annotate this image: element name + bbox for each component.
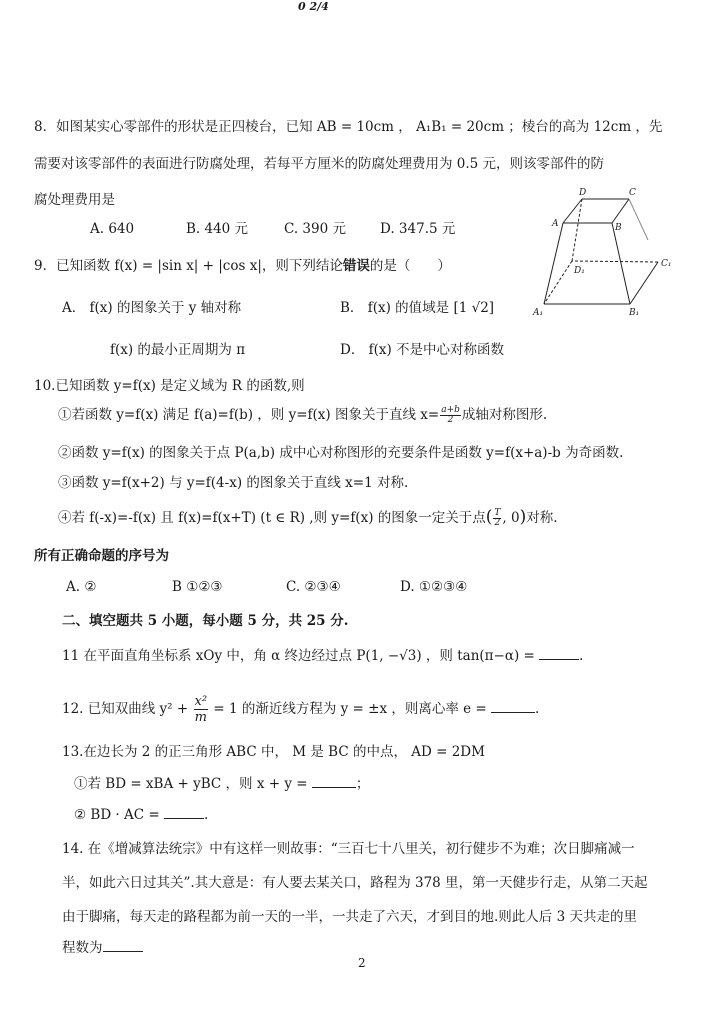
q11-end: .: [579, 648, 583, 664]
q9-option-c: f(x) 的最小正周期为 π: [110, 341, 245, 359]
q10-item-4: ④若 f(-x)=-f(x) 且 f(x)=f(x+T) (t ∈ R) ,则 …: [58, 508, 558, 528]
q14-line-3: 由于脚痛，每天走的路程都为前一天的一半，一共走了六天，才到目的地.则此人后 3 …: [62, 908, 637, 926]
fraction-numerator: x²: [194, 694, 209, 710]
q9-stem-emphasis: 错误: [343, 258, 370, 274]
q10-ask: 所有正确命题的序号为: [34, 547, 169, 565]
label-b: B: [614, 223, 622, 233]
label-b1: B₁: [628, 308, 639, 318]
fraction-denominator: 2: [448, 416, 454, 425]
label-d1: D₁: [573, 266, 585, 276]
q10-item-4-prefix: ④若 f(-x)=-f(x) 且 f(x)=f(x+T) (t ∈ R) ,则 …: [58, 510, 486, 526]
label-a1: A₁: [532, 308, 543, 318]
fraction-denominator: 2: [495, 519, 501, 528]
q12-answer-blank[interactable]: [491, 700, 535, 713]
section-2-title: 二、填空题共 5 小题，每小题 5 分，共 25 分.: [62, 612, 348, 630]
q13-part-2-blank[interactable]: [164, 806, 204, 819]
q8-line-1: 8．如图某实心零部件的形状是正四棱台，已知 AB = 10cm ， A₁B₁ =…: [34, 118, 662, 136]
top-handwritten-mark: 0 2/4: [298, 0, 329, 13]
q9-stem: 9．已知函数 f(x) = |sin x| + |cos x|，则下列结论错误的…: [34, 257, 451, 275]
q13-part-1-text: ①若 BD = xBA + yBC ，则 x + y =: [74, 776, 312, 792]
q11-answer-blank[interactable]: [539, 647, 579, 660]
q13-part-1-end: ；: [356, 776, 370, 792]
q8-line-3: 腐处理费用是: [34, 191, 115, 209]
q8-option-c: C. 390 元: [284, 220, 346, 238]
q12-end: .: [535, 701, 539, 717]
q14-line-1: 14. 在《增减算法统宗》中有这样一则故事：“三百七十八里关，初行健步不为难；次…: [62, 840, 635, 858]
q10-item-1-prefix: ①若函数 y=f(x) 满足 f(a)=f(b) ，则 y=f(x) 图象关于直…: [58, 407, 439, 423]
q9-stem-suffix: 的是（ ）: [370, 258, 451, 274]
q12-fraction: x²m: [194, 694, 209, 725]
q10-item-4-fraction: T2: [493, 509, 501, 528]
q13-part-1-blank[interactable]: [312, 775, 356, 788]
q14-line-2: 半，如此六日过其关”.其大意是：有人要去某关口，路程为 378 里，第一天健步行…: [62, 874, 648, 892]
q8-option-b: B. 440 元: [186, 220, 248, 238]
q12-prefix: 12. 已知双曲线 y² +: [62, 701, 193, 717]
q13-part-1: ①若 BD = xBA + yBC ，则 x + y = ；: [74, 775, 369, 793]
q10-item-2: ②函数 y=f(x) 的图象关于点 P(a,b) 成中心对称图形的充要条件是函数…: [58, 444, 623, 462]
q9-option-b: B． f(x) 的值域是 [1 √2]: [340, 299, 494, 317]
q8-option-d: D. 347.5 元: [380, 220, 455, 238]
q10-item-4-suffix: 对称.: [526, 510, 557, 526]
fraction-denominator: m: [195, 710, 207, 725]
q10-item-3: ③函数 y=f(x+2) 与 y=f(4-x) 的图象关于直线 x=1 对称.: [58, 474, 408, 492]
q9-option-a: A． f(x) 的图象关于 y 轴对称: [62, 299, 241, 317]
frustum-figure: D C A B D₁ C₁ A₁ B₁: [530, 180, 723, 325]
page-number: 2: [358, 956, 366, 970]
q10-option-b: B ①②③: [172, 578, 223, 596]
q8-option-a: A. 640: [90, 220, 134, 238]
label-c: C: [629, 188, 636, 198]
label-c1: C₁: [661, 259, 672, 269]
q13-part-2-end: .: [204, 807, 208, 823]
q10-option-a: A. ②: [66, 578, 96, 596]
q10-item-1-fraction: a+b2: [440, 406, 461, 425]
q10-stem: 10.已知函数 y=f(x) 是定义域为 R 的函数,则: [34, 377, 305, 395]
q12-suffix: = 1 的渐近线方程为 y = ±x ，则离心率 e =: [209, 701, 491, 717]
q13-stem: 13.在边长为 2 的正三角形 ABC 中， M 是 BC 的中点， AD = …: [62, 743, 485, 761]
q13-part-2: ② BD · AC = .: [74, 806, 208, 824]
q14-line-4: 程数为: [62, 939, 143, 957]
q14-answer-blank[interactable]: [103, 939, 143, 952]
q13-part-2-text: ② BD · AC =: [74, 807, 164, 823]
q8-line-2: 需要对该零部件的表面进行防腐处理，若每平方厘米的防腐处理费用为 0.5 元，则该…: [34, 155, 604, 173]
q10-option-d: D. ①②③④: [400, 578, 467, 596]
q10-item-1: ①若函数 y=f(x) 满足 f(a)=f(b) ，则 y=f(x) 图象关于直…: [58, 406, 547, 425]
question-12: 12. 已知双曲线 y² + x²m = 1 的渐近线方程为 y = ±x ，则…: [62, 694, 539, 725]
label-d: D: [578, 188, 586, 198]
q9-option-d: D． f(x) 不是中心对称函数: [340, 341, 504, 359]
point-suffix: , 0: [502, 510, 519, 526]
label-a: A: [551, 219, 559, 229]
q14-line-4-text: 程数为: [62, 940, 103, 956]
q9-stem-prefix: 9．已知函数 f(x) = |sin x| + |cos x|，则下列结论: [34, 258, 343, 274]
q10-option-c: C. ②③④: [286, 578, 341, 596]
q11-text: 11 在平面直角坐标系 xOy 中，角 α 终边经过点 P(1, −√3) ，则…: [62, 648, 539, 664]
question-11: 11 在平面直角坐标系 xOy 中，角 α 终边经过点 P(1, −√3) ，则…: [62, 647, 583, 665]
q10-item-1-suffix: 成轴对称图形.: [462, 407, 547, 423]
